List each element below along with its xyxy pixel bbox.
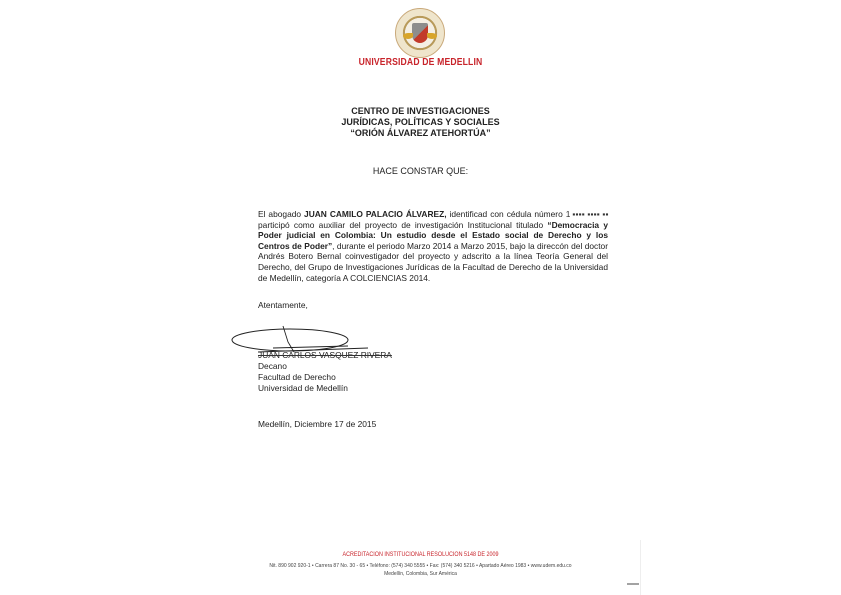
body-intro: El abogado [258, 209, 304, 219]
page-edge-divider [640, 540, 641, 595]
closing: Atentamente, [258, 300, 308, 310]
footer-contact: Nit. 890 902 920-1 • Carrera 87 No. 30 -… [0, 563, 841, 569]
signer-name: JUAN CARLOS VASQUEZ RIVERA [258, 350, 392, 361]
certificate-body: El abogado JUAN CAMILO PALACIO ÁLVAREZ, … [258, 209, 608, 283]
wing-right-icon [427, 33, 437, 39]
heading-line-3: “ORIÓN ÁLVAREZ ATEHORTÚA” [0, 128, 841, 139]
scan-mark [627, 583, 639, 585]
body-participation: participó como auxiliar del proyecto de … [258, 220, 547, 230]
signer-institution: Universidad de Medellín [258, 383, 392, 394]
person-name: JUAN CAMILO PALACIO ÁLVAREZ, [304, 209, 446, 219]
id-number-redacted: 1 ▪▪▪▪ ▪▪▪▪ ▪▪ [566, 209, 608, 219]
signer-faculty: Facultad de Derecho [258, 372, 392, 383]
heading-line-1: CENTRO DE INVESTIGACIONES [0, 106, 841, 117]
signer-block: JUAN CARLOS VASQUEZ RIVERA Decano Facult… [258, 350, 392, 394]
research-center-heading: CENTRO DE INVESTIGACIONES JURÍDICAS, POL… [0, 106, 841, 139]
footer-location: Medellín, Colombia, Sur América [0, 571, 841, 577]
university-seal-icon [395, 8, 445, 58]
certificate-page: UNIVERSIDAD DE MEDELLIN CENTRO DE INVEST… [0, 0, 841, 595]
body-id-label: identificad con cédula número [447, 209, 566, 219]
certifies-heading: HACE CONSTAR QUE: [0, 166, 841, 176]
university-name: UNIVERSIDAD DE MEDELLIN [76, 56, 766, 68]
footer-accreditation: ACREDITACIÓN INSTITUCIONAL RESOLUCIÓN 51… [42, 552, 799, 558]
place-date: Medellín, Diciembre 17 de 2015 [258, 419, 376, 429]
wing-left-icon [403, 33, 413, 39]
signer-title: Decano [258, 361, 392, 372]
shield-icon [412, 23, 428, 43]
heading-line-2: JURÍDICAS, POLÍTICAS Y SOCIALES [0, 117, 841, 128]
